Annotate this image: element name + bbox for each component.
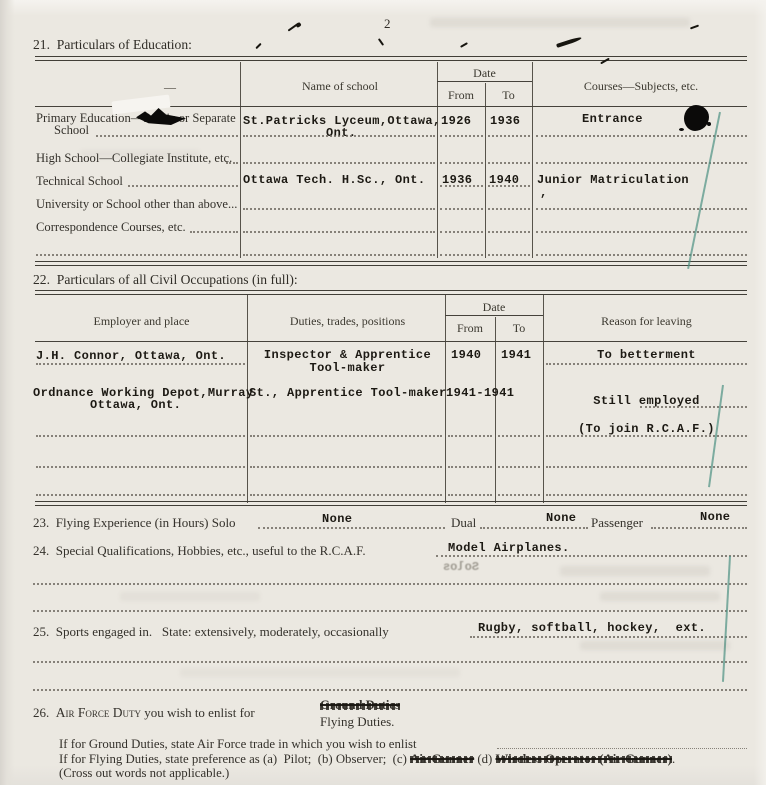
ground-duties-line: If for Ground Duties, state Air Force tr… bbox=[59, 737, 417, 751]
dotted-line bbox=[488, 231, 530, 233]
edu-primary-from: 1926 bbox=[441, 114, 471, 128]
dotted-line bbox=[488, 185, 530, 187]
occ-header-duties: Duties, trades, positions bbox=[250, 314, 445, 329]
pen-flick bbox=[255, 43, 261, 49]
section-26-label: 26. Air Force Duty you wish to enlist fo… bbox=[33, 706, 255, 721]
occ-r1-duties-line2: Tool-maker bbox=[250, 361, 445, 375]
flying-dual-value: None bbox=[546, 511, 576, 525]
dotted-line bbox=[436, 555, 747, 557]
edu-table-vline-fromto bbox=[485, 83, 486, 258]
occ-table-bottom-rule bbox=[35, 501, 747, 506]
scanned-form-page: 2 21. Particulars of Education: — Name o… bbox=[0, 0, 766, 785]
edu-primary-courses: Entrance bbox=[582, 112, 643, 126]
flying-passenger-value: None bbox=[700, 510, 730, 524]
section-26-number: 26. bbox=[33, 705, 56, 720]
show-through-text: Solos bbox=[443, 560, 479, 574]
flying-passenger-label: Passenger bbox=[591, 516, 643, 530]
dotted-line bbox=[536, 254, 747, 256]
dotted-line bbox=[546, 494, 747, 496]
sports-value: Rugby, softball, hockey, ext. bbox=[478, 621, 706, 635]
flying-solo-value: None bbox=[322, 512, 352, 526]
dotted-line bbox=[498, 466, 540, 468]
dotted-line bbox=[546, 435, 747, 437]
occ-r2-duties: St., Apprentice Tool-maker bbox=[249, 386, 447, 400]
section-26-label-rest: you wish to enlist for bbox=[141, 705, 255, 720]
dotted-line bbox=[440, 135, 483, 137]
ink-blob bbox=[684, 105, 709, 131]
dotted-line bbox=[243, 162, 435, 164]
edu-technical-courses: Junior Matriculation bbox=[537, 173, 689, 187]
edu-header-name-of-school: Name of school bbox=[243, 79, 437, 94]
dotted-line bbox=[440, 254, 483, 256]
occ-header-from: From bbox=[445, 321, 495, 336]
dotted-line bbox=[488, 135, 530, 137]
dotted-line bbox=[33, 689, 747, 691]
dotted-line bbox=[536, 231, 747, 233]
edu-primary-to: 1936 bbox=[490, 114, 520, 128]
special-qualifications-value: Model Airplanes. bbox=[448, 541, 570, 555]
dotted-line bbox=[243, 231, 435, 233]
edu-header-dash: — bbox=[100, 80, 240, 95]
edu-table-bottom-rule bbox=[35, 261, 747, 266]
dotted-line bbox=[250, 466, 442, 468]
pen-flick bbox=[556, 36, 582, 48]
section-24-label: 24. Special Qualifications, Hobbies, etc… bbox=[33, 544, 366, 558]
show-through-smudge bbox=[180, 668, 460, 677]
edu-primary-school-value-2: Ont. bbox=[326, 126, 356, 140]
edu-header-date: Date bbox=[437, 66, 532, 81]
flying-line-text: If for Flying Duties, state preference a… bbox=[59, 752, 410, 766]
edu-header-courses: Courses—Subjects, etc. bbox=[535, 79, 747, 94]
occ-r1-employer: J.H. Connor, Ottawa, Ont. bbox=[36, 349, 226, 363]
dotted-line bbox=[470, 636, 747, 638]
occ-r1-from: 1940 bbox=[451, 348, 481, 362]
dotted-line bbox=[243, 135, 435, 137]
dotted-line bbox=[546, 363, 747, 365]
occ-date-underline bbox=[445, 315, 543, 316]
occ-r2-dates: 1941-1941 bbox=[446, 386, 514, 400]
dotted-line bbox=[440, 231, 483, 233]
preference-c-struck: Air Gunner bbox=[410, 752, 474, 766]
dotted-line bbox=[497, 748, 747, 749]
dotted-line bbox=[536, 208, 747, 210]
ink-speck bbox=[707, 122, 711, 126]
section-21-heading: 21. Particulars of Education: bbox=[33, 37, 192, 53]
occ-r1-duties-line1: Inspector & Apprentice bbox=[250, 348, 445, 362]
dotted-line bbox=[448, 494, 492, 496]
air-force-duty-smallcaps: Air Force Duty bbox=[56, 705, 141, 720]
pen-flick bbox=[460, 42, 468, 48]
edu-row-university-label: University or School other than above... bbox=[36, 198, 237, 212]
occ-r2-employer-line2: Ottawa, Ont. bbox=[90, 398, 181, 412]
section-25-label: 25. Sports engaged in. State: extensivel… bbox=[33, 625, 389, 639]
show-through-smudge bbox=[600, 592, 720, 601]
edu-row-primary-label-line2: School bbox=[54, 124, 89, 138]
show-through-smudge bbox=[430, 18, 690, 27]
dotted-line bbox=[36, 466, 245, 468]
occ-header-date: Date bbox=[445, 300, 543, 315]
flying-line-suffix: . bbox=[672, 752, 675, 766]
dotted-line bbox=[33, 610, 747, 612]
dotted-line bbox=[440, 185, 483, 187]
preference-d-label: (d) bbox=[474, 752, 495, 766]
dotted-line bbox=[488, 162, 530, 164]
duty-option-ground-struck: Ground Duties bbox=[320, 699, 400, 713]
ink-speck bbox=[679, 128, 684, 131]
dotted-line bbox=[250, 494, 442, 496]
dotted-line bbox=[243, 254, 435, 256]
dotted-line bbox=[258, 527, 445, 529]
section-21-top-rule bbox=[35, 56, 747, 61]
preference-d-struck: Wireless Operator (Air Gunner) bbox=[496, 752, 672, 766]
dotted-line bbox=[480, 527, 588, 529]
dotted-line bbox=[243, 208, 435, 210]
dotted-line bbox=[651, 527, 747, 529]
occ-table-vline-fromto bbox=[495, 317, 496, 503]
occ-header-to: To bbox=[495, 321, 543, 336]
edu-date-underline bbox=[437, 81, 532, 82]
dotted-line bbox=[36, 494, 245, 496]
dotted-line bbox=[640, 406, 747, 408]
dotted-line bbox=[36, 435, 245, 437]
dotted-line bbox=[128, 185, 238, 187]
occ-header-reason: Reason for leaving bbox=[546, 314, 747, 329]
occ-header-employer: Employer and place bbox=[36, 314, 247, 329]
edu-header-to: To bbox=[485, 88, 532, 103]
dotted-line bbox=[250, 435, 442, 437]
duty-option-flying: Flying Duties. bbox=[320, 715, 394, 729]
section-23-label: 23. Flying Experience (in Hours) Solo bbox=[33, 516, 236, 530]
cross-out-note: (Cross out words not applicable.) bbox=[59, 766, 229, 780]
pen-flick bbox=[378, 38, 384, 46]
edu-header-from: From bbox=[437, 88, 485, 103]
occ-r1-to: 1941 bbox=[501, 348, 531, 362]
dotted-line bbox=[96, 135, 238, 137]
pen-flick bbox=[295, 22, 301, 28]
dotted-line bbox=[226, 162, 238, 164]
dotted-line bbox=[536, 162, 747, 164]
page-number: 2 bbox=[384, 16, 391, 32]
flying-dual-label: Dual bbox=[451, 516, 476, 530]
pen-flick bbox=[690, 25, 699, 30]
occ-table-vline-3 bbox=[543, 295, 544, 503]
dotted-line bbox=[488, 208, 530, 210]
dotted-line bbox=[448, 466, 492, 468]
dotted-line bbox=[488, 254, 530, 256]
edu-table-vline-3 bbox=[532, 62, 533, 258]
edu-technical-school-value: Ottawa Tech. H.Sc., Ont. bbox=[243, 173, 425, 187]
show-through-smudge bbox=[560, 566, 710, 576]
occ-r1-reason: To betterment bbox=[546, 348, 747, 362]
show-through-smudge bbox=[80, 150, 200, 158]
edu-technical-courses-note: , bbox=[540, 186, 548, 200]
dotted-line bbox=[546, 466, 747, 468]
edu-row-correspondence-label: Correspondence Courses, etc. bbox=[36, 221, 186, 235]
dotted-line bbox=[190, 231, 238, 233]
section-22-heading: 22. Particulars of all Civil Occupations… bbox=[33, 272, 298, 288]
show-through-smudge bbox=[580, 641, 730, 650]
show-through-smudge bbox=[120, 592, 260, 601]
dotted-line bbox=[36, 254, 238, 256]
occ-header-rule bbox=[35, 341, 747, 342]
dotted-line bbox=[440, 208, 483, 210]
section-22-top-rule bbox=[35, 290, 747, 295]
edu-table-vline-1 bbox=[240, 62, 241, 258]
dotted-line bbox=[498, 435, 540, 437]
edu-row-technical-label: Technical School bbox=[36, 175, 123, 189]
dotted-line bbox=[33, 583, 747, 585]
dotted-line bbox=[440, 162, 483, 164]
dotted-line bbox=[498, 494, 540, 496]
dotted-line bbox=[33, 661, 747, 663]
dotted-line bbox=[36, 363, 245, 365]
flying-duties-line: If for Flying Duties, state preference a… bbox=[59, 752, 675, 766]
dotted-line bbox=[448, 435, 492, 437]
